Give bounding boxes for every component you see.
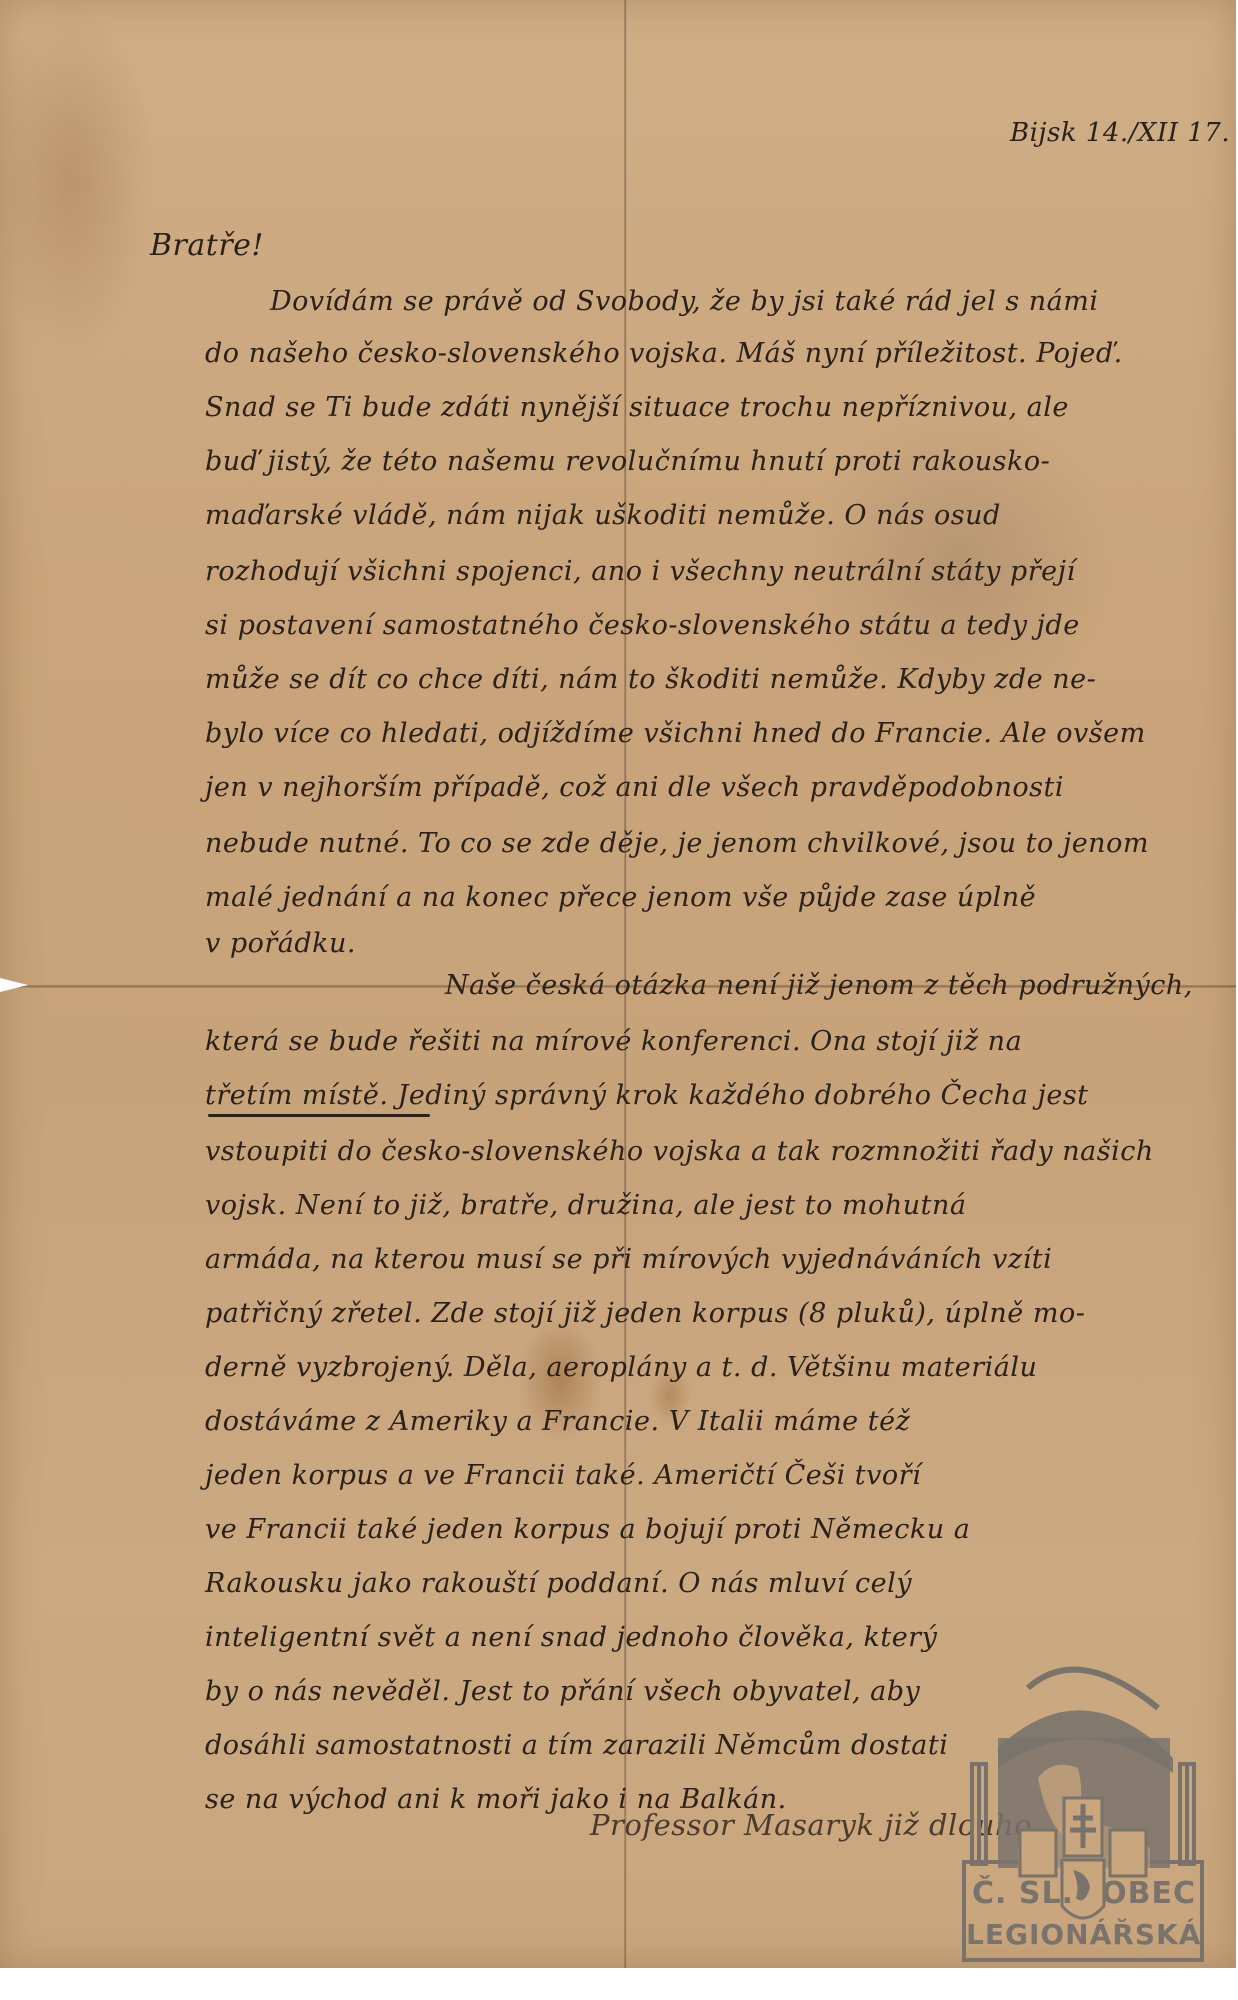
letter-line: maďarské vládě, nám nijak uškoditi nemůž… [205, 500, 1001, 531]
letter-line: Rakousku jako rakouští poddaní. O nás ml… [205, 1568, 912, 1599]
date-line: Bijsk 14./XII 17. [1010, 118, 1230, 148]
letter-line: jen v nejhorším případě, což ani dle vše… [205, 772, 1064, 803]
letter-line: vstoupiti do česko-slovenského vojska a … [205, 1136, 1154, 1167]
letter-line: do našeho česko-slovenského vojska. Máš … [205, 338, 1123, 369]
legion-stamp-logo: Č. SL. OBEC LEGIONÁŘSKÁ [958, 1648, 1208, 1966]
letter-line: která se bude řešiti na mírové konferenc… [205, 1026, 1022, 1057]
letter-line: malé jednání a na konec přece jenom vše … [205, 882, 1036, 913]
stamp-text-legionarska: LEGIONÁŘSKÁ [966, 1918, 1200, 1951]
underline-mark [208, 1114, 430, 1117]
letter-line: inteligentní svět a není snad jednoho čl… [205, 1622, 937, 1653]
letter-line: nebude nutné. To co se zde děje, je jeno… [205, 828, 1149, 859]
letter-line: třetím místě. Jediný správný krok každéh… [205, 1080, 1089, 1111]
letter-line: bylo více co hledati, odjíždíme všichni … [205, 718, 1146, 749]
letter-line: dosáhli samostatnosti a tím zarazili Něm… [205, 1730, 948, 1761]
letter-line: Dovídám se právě od Svobody, že by jsi t… [270, 286, 1098, 317]
letter-line: jeden korpus a ve Francii také. Američtí… [205, 1460, 921, 1491]
letter-line: Snad se Ti bude zdáti nynější situace tr… [205, 392, 1069, 423]
letter-line: ve Francii také jeden korpus a bojují pr… [205, 1514, 970, 1545]
letter-line: buď jistý, že této našemu revolučnímu hn… [205, 446, 1050, 477]
letter-line: vojsk. Není to již, bratře, družina, ale… [205, 1190, 966, 1221]
letter-line: armáda, na kterou musí se při mírových v… [205, 1244, 1052, 1275]
letter-line: si postavení samostatného česko-slovensk… [205, 610, 1080, 641]
letter-line: patřičný zřetel. Zde stojí již jeden kor… [205, 1298, 1085, 1329]
letter-line: v pořádku. [205, 928, 356, 959]
letter-line: může se dít co chce díti, nám to škoditi… [205, 664, 1096, 695]
letter-line: Naše česká otázka není již jenom z těch … [445, 970, 1193, 1001]
letter-line: by o nás nevěděl. Jest to přání všech ob… [205, 1676, 920, 1707]
greeting: Bratře! [150, 228, 264, 263]
letter-line: dostáváme z Ameriky a Francie. V Italii … [205, 1406, 910, 1437]
letter-line: derně vyzbrojený. Děla, aeroplány a t. d… [205, 1352, 1037, 1383]
letter-line: rozhodují všichni spojenci, ano i všechn… [205, 556, 1076, 587]
stamp-text-obec: OBEC [966, 1876, 1200, 1911]
